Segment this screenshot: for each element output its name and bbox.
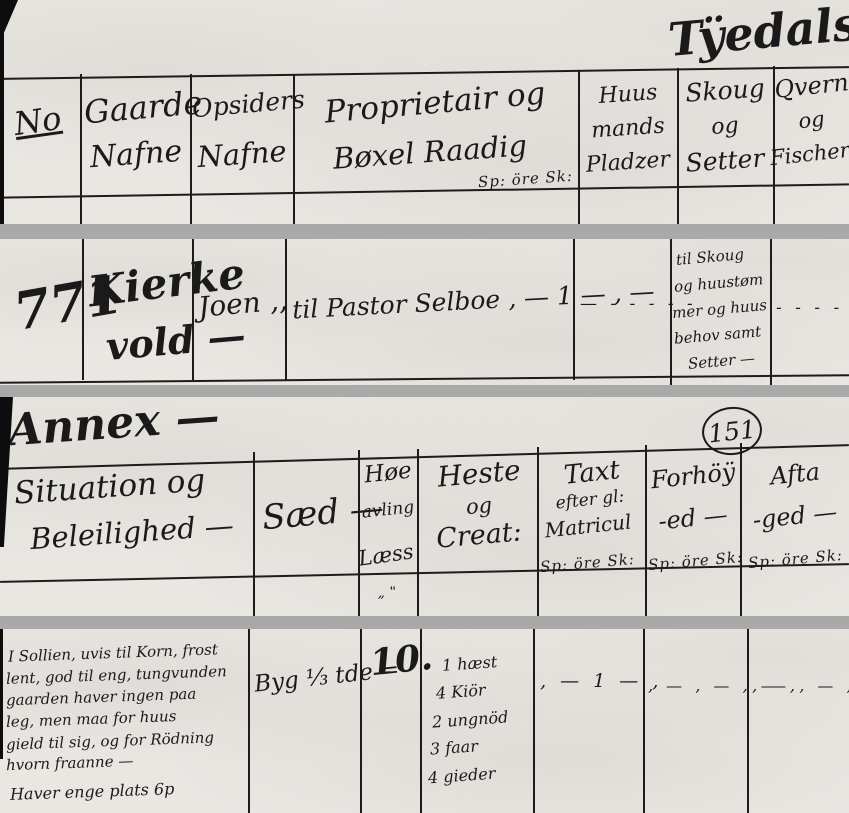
- column-header-forest-pasture: Setter: [679, 145, 771, 176]
- column-divider: [417, 449, 419, 616]
- column-divider: [643, 629, 645, 813]
- column-divider: [248, 629, 250, 813]
- column-divider: [253, 452, 255, 616]
- livestock-line: 3 faar: [430, 738, 479, 757]
- farm-name: vold —: [105, 316, 247, 366]
- decreased-entry: ‚ — ‚ — ‚ —: [752, 678, 849, 694]
- column-divider: [578, 70, 580, 224]
- column-divider: [360, 629, 362, 813]
- scanned-register-page: Tÿedals — No Gaarde Nafne Opsiders Nafne…: [0, 0, 849, 813]
- column-header-forest-pasture: Skoug: [679, 75, 771, 106]
- ditto-mark: „ ‟: [362, 586, 412, 600]
- tax-entry: ‚ — 1 — ‚: [540, 672, 662, 691]
- mill-fishery-entry: ‑ ‑ ‑ ‑ ‑: [776, 300, 849, 317]
- hay-loads-entry: 10.: [368, 639, 434, 681]
- column-header-mill-fishery: Qvern: [773, 70, 849, 102]
- livestock-line: 4 gieder: [428, 766, 496, 787]
- column-divider: [740, 443, 742, 616]
- column-header-occupant-name: Nafne: [191, 137, 293, 173]
- livestock-line: 1 hæst: [442, 654, 498, 674]
- occupant-name: Joen ‚‚: [197, 286, 288, 322]
- column-divider: [533, 629, 535, 813]
- column-divider: [80, 74, 82, 224]
- column-divider: [677, 68, 679, 224]
- column-header-farm-name: Nafne: [83, 136, 189, 173]
- column-header-farm-name: Gaarde: [83, 88, 189, 129]
- gutter-shadow: [0, 0, 4, 224]
- situation-line: hvorn fraanne —: [6, 754, 134, 773]
- gutter-shadow: [0, 629, 3, 759]
- page-number: 151: [707, 416, 757, 446]
- column-divider: [770, 239, 772, 385]
- livestock-line: 4 Kiör: [436, 682, 487, 701]
- column-header-no: No: [12, 102, 63, 140]
- column-divider: [747, 629, 749, 813]
- column-header-hay: Høe: [359, 459, 417, 488]
